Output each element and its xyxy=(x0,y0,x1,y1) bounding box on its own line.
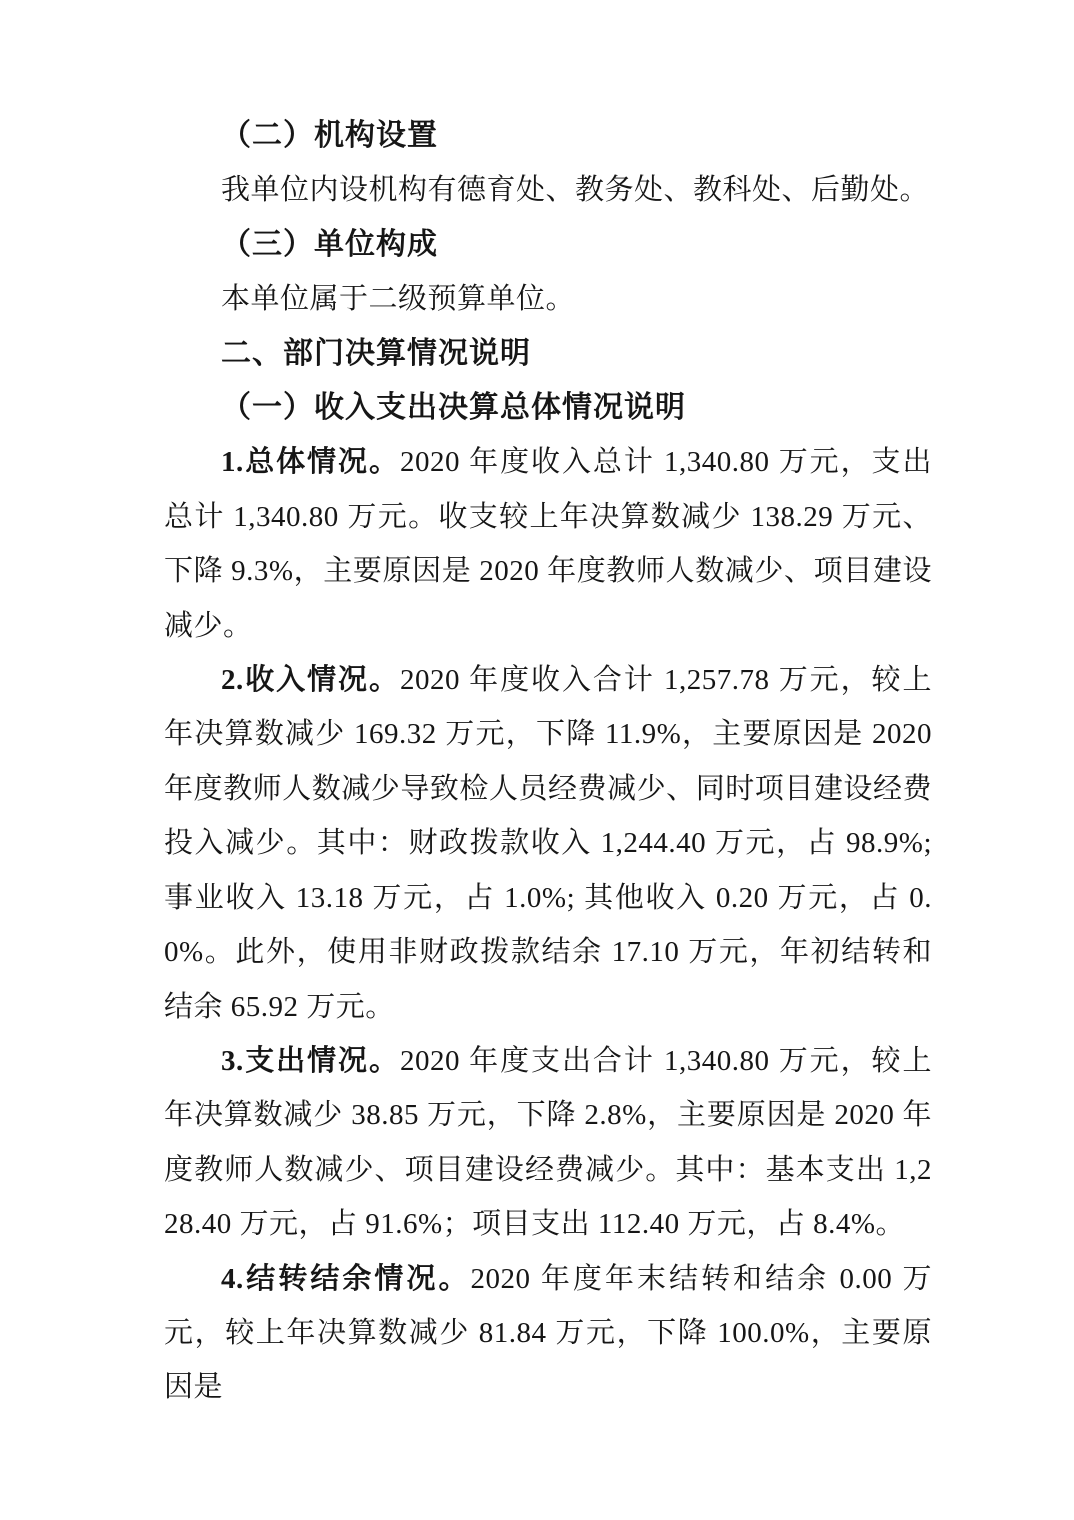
paragraph-revenue-situation: 2.收入情况。2020 年度收入合计 1,257.78 万元，较上年决算数减少 … xyxy=(164,653,932,1034)
paragraph-carryover-situation: 4.结转结余情况。2020 年度年末结转和结余 0.00 万元，较上年决算数减少… xyxy=(164,1252,932,1415)
paragraph-overall-situation-lead: 1.总体情况。 xyxy=(221,446,400,478)
paragraph-expenditure-situation-lead: 3.支出情况。 xyxy=(221,1045,400,1077)
paragraph-expenditure-situation: 3.支出情况。2020 年度支出合计 1,340.80 万元，较上年决算数减少 … xyxy=(164,1034,932,1252)
paragraph-organization-setup: 我单位内设机构有德育处、教务处、教科处、后勤处。 xyxy=(164,163,932,217)
document-page: （二）机构设置 我单位内设机构有德育处、教务处、教科处、后勤处。 （三）单位构成… xyxy=(0,0,1074,1520)
heading-organization-setup: （二）机构设置 xyxy=(164,109,932,163)
heading-unit-composition: （三）单位构成 xyxy=(164,218,932,272)
paragraph-carryover-situation-lead: 4.结转结余情况。 xyxy=(221,1263,471,1295)
heading-final-accounts-explanation: 二、部门决算情况说明 xyxy=(164,327,932,381)
document-content: （二）机构设置 我单位内设机构有德育处、教务处、教科处、后勤处。 （三）单位构成… xyxy=(164,109,932,1415)
paragraph-unit-composition: 本单位属于二级预算单位。 xyxy=(164,272,932,326)
paragraph-revenue-situation-lead: 2.收入情况。 xyxy=(221,664,400,696)
paragraph-overall-situation: 1.总体情况。2020 年度收入总计 1,340.80 万元，支出总计 1,34… xyxy=(164,435,932,653)
paragraph-revenue-situation-text: 2020 年度收入合计 1,257.78 万元，较上年决算数减少 169.32 … xyxy=(164,664,932,1022)
heading-revenue-expenditure-overview: （一）收入支出决算总体情况说明 xyxy=(164,381,932,435)
